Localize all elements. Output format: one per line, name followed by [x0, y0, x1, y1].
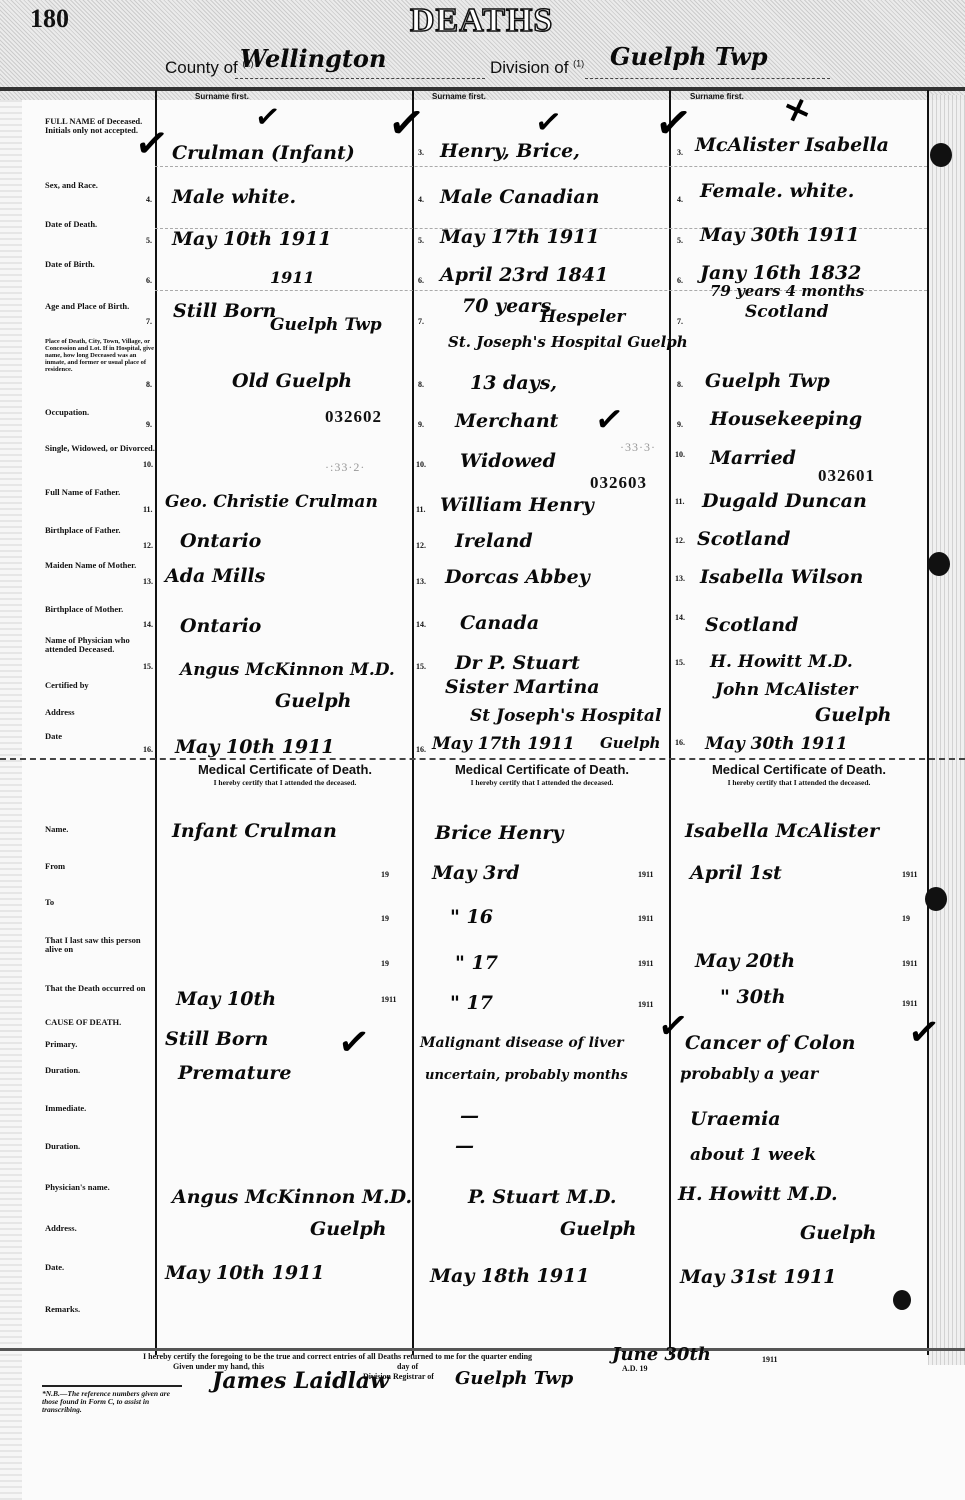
- footer-rule: [0, 1348, 965, 1351]
- mc-2-to: " 16: [450, 906, 493, 928]
- mc-1-from-year: 19: [381, 870, 389, 879]
- mc-label-primary: Primary.: [45, 1040, 155, 1049]
- mc-label-duration-2: Duration.: [45, 1142, 155, 1151]
- record-3-father-birthplace: Scotland: [697, 528, 790, 550]
- record-1-date: May 10th 1911: [175, 736, 335, 758]
- row-number: 12.: [416, 541, 426, 550]
- record-3-reg-number: 032601: [818, 466, 875, 486]
- checkmark-icon: ✓: [335, 1018, 373, 1067]
- mc-1-physician: Angus McKinnon M.D.: [172, 1186, 412, 1208]
- mc-2-name: Brice Henry: [435, 822, 563, 844]
- mc-2-immediate: —: [460, 1105, 479, 1127]
- mc-2-primary: Malignant disease of liver: [420, 1035, 624, 1051]
- record-2-stay-duration: 13 days,: [470, 372, 557, 394]
- record-1-date-of-death: May 10th 1911: [172, 228, 332, 250]
- mc-2-date: May 18th 1911: [430, 1265, 590, 1287]
- record-3-sex-race: Female. white.: [700, 180, 854, 202]
- footer-nb-note: *N.B.—The reference numbers given are th…: [42, 1385, 182, 1414]
- label-place-of-death: Place of Death, City, Town, Village, or …: [45, 338, 155, 373]
- mc-label-death-on: That the Death occurred on: [45, 984, 155, 993]
- mc-2-from-year: 1911: [638, 870, 654, 879]
- record-1-full-name: Crulman (Infant): [172, 142, 355, 164]
- section-divider: [0, 758, 965, 760]
- row-number: 8.: [418, 380, 424, 389]
- mc-2-to-year: 1911: [638, 914, 654, 923]
- record-2-father: William Henry: [440, 494, 594, 516]
- record-3-mother-birthplace: Scotland: [705, 614, 798, 636]
- label-address: Address: [45, 708, 155, 717]
- checkmark-icon: ✓: [532, 101, 564, 142]
- record-2-date-of-death: May 17th 1911: [440, 226, 600, 248]
- label-physician: Name of Physician who attended Deceased.: [45, 636, 155, 654]
- scan-noise-left: [0, 100, 22, 1500]
- label-sex-race: Sex, and Race.: [45, 181, 155, 190]
- label-mother-maiden: Maiden Name of Mother.: [45, 561, 155, 570]
- record-2-date-place: Guelph: [600, 734, 660, 752]
- record-2-place-of-birth: Hespeler: [540, 307, 625, 327]
- mc-2-address: Guelph: [560, 1218, 636, 1240]
- row-number: 15.: [143, 662, 153, 671]
- mc-1-death-on-year: 1911: [381, 995, 397, 1004]
- mc-1-primary: Still Born: [165, 1028, 268, 1050]
- checkmark-icon: ✓: [253, 98, 283, 136]
- checkmark-icon: ✓: [132, 118, 172, 169]
- label-certified-by: Certified by: [45, 681, 155, 690]
- mc-label-address: Address.: [45, 1224, 155, 1233]
- mc-2-immediate-duration: —: [455, 1135, 474, 1157]
- row-number: 11.: [675, 497, 685, 506]
- label-father-name: Full Name of Father.: [45, 488, 155, 497]
- mc-label-date: Date.: [45, 1263, 155, 1272]
- checkmark-icon: ✓: [652, 96, 696, 152]
- record-2-physician: Dr P. Stuart: [455, 652, 580, 674]
- record-3-date-of-birth: Jany 16th 1832: [700, 262, 861, 284]
- mc-2-death-on-year: 1911: [638, 1000, 654, 1009]
- row-number: 12.: [143, 541, 153, 550]
- row-number: 4.: [146, 195, 152, 204]
- footer-year-value: 1911: [762, 1355, 778, 1364]
- record-1-faint-stamp: ·:33·2·: [325, 460, 365, 475]
- division-value: Guelph Twp: [610, 42, 768, 71]
- division-underline: [585, 78, 830, 80]
- mc-3-from-year: 1911: [902, 870, 918, 879]
- page-number: 180: [30, 4, 69, 34]
- division-label: Division of (1): [490, 58, 584, 78]
- row-number: 6.: [418, 276, 424, 285]
- record-2-mother-maiden: Dorcas Abbey: [445, 566, 590, 588]
- record-3-marital: Married: [710, 447, 796, 469]
- record-2-reg-number: 032603: [590, 473, 647, 493]
- label-date-of-death: Date of Death.: [45, 220, 155, 229]
- record-2-occupation: Merchant: [455, 410, 558, 432]
- column-divider-4: [927, 90, 929, 1355]
- record-3-age: 79 years 4 months: [710, 282, 864, 300]
- row-number: 11.: [416, 505, 426, 514]
- mc-3-name: Isabella McAlister: [685, 820, 879, 842]
- record-1-father: Geo. Christie Crulman: [165, 492, 378, 512]
- record-2-certified-by: Sister Martina: [445, 676, 600, 698]
- record-1-reg-number: 032602: [325, 407, 382, 427]
- record-2-faint-stamp: ·33·3·: [620, 440, 656, 455]
- mc-label-remarks: Remarks.: [45, 1305, 155, 1314]
- county-underline: [235, 78, 485, 80]
- mc-3-immediate-duration: about 1 week: [690, 1145, 816, 1165]
- record-1-place-of-death: Old Guelph: [232, 370, 352, 392]
- record-2-date-of-birth: April 23rd 1841: [440, 264, 608, 286]
- row-number: 9.: [418, 420, 424, 429]
- footer-ad-label: A.D. 19: [622, 1364, 648, 1373]
- row-number: 9.: [146, 420, 152, 429]
- mc-3-primary: Cancer of Colon: [685, 1032, 856, 1054]
- record-3-mother-maiden: Isabella Wilson: [700, 566, 863, 588]
- row-number: 6.: [677, 276, 683, 285]
- mc-label-to: To: [45, 898, 155, 907]
- footer-quarter-value: June 30th: [612, 1344, 711, 1365]
- label-marital-status: Single, Widowed, or Divorced.: [45, 444, 155, 453]
- row-guide: [155, 166, 927, 168]
- record-3-occupation: Housekeeping: [710, 408, 862, 430]
- row-number: 16.: [675, 738, 685, 747]
- footer-registrar-place: Guelph Twp: [455, 1368, 573, 1389]
- mc-1-to-year: 19: [381, 914, 389, 923]
- record-2-date: May 17th 1911: [432, 734, 575, 754]
- column-divider-2: [412, 90, 414, 1355]
- footer-certify-text: I hereby certify the foregoing to be the…: [143, 1352, 532, 1361]
- punch-hole: [930, 143, 952, 167]
- mc-subtitle-2: I hereby certify that I attended the dec…: [413, 778, 671, 787]
- row-number: 6.: [146, 276, 152, 285]
- column-header-1: Surname first.: [195, 92, 249, 101]
- row-number: 13.: [675, 574, 685, 583]
- label-mother-birthplace: Birthplace of Mother.: [45, 605, 155, 614]
- label-age-place-birth: Age and Place of Birth.: [45, 302, 155, 311]
- row-number: 16.: [143, 745, 153, 754]
- mc-2-from: May 3rd: [432, 862, 520, 884]
- mc-label-last-seen: That I last saw this person alive on: [45, 936, 155, 954]
- record-2-address: St Joseph's Hospital: [470, 706, 661, 726]
- mc-3-address: Guelph: [800, 1222, 876, 1244]
- mc-2-primary-duration: uncertain, probably months: [425, 1068, 628, 1083]
- row-number: 14.: [416, 620, 426, 629]
- row-number: 14.: [675, 613, 685, 622]
- mc-title-1: Medical Certificate of Death.: [156, 762, 414, 777]
- header-rule: [0, 87, 965, 91]
- checkmark-icon: ✓: [385, 96, 429, 152]
- record-3-date-of-death: May 30th 1911: [700, 224, 860, 246]
- row-number: 12.: [675, 536, 685, 545]
- row-number: 7.: [418, 317, 424, 326]
- mc-3-to-year: 19: [902, 914, 910, 923]
- row-number: 16.: [416, 745, 426, 754]
- row-number: 9.: [677, 420, 683, 429]
- mc-2-last-seen: " 17: [455, 952, 498, 974]
- mc-3-last-seen: May 20th: [695, 950, 795, 972]
- record-2-marital: Widowed: [460, 450, 556, 472]
- column-divider-3: [669, 90, 671, 1355]
- mc-1-last-seen-year: 19: [381, 959, 389, 968]
- footer-day-of: day of: [397, 1362, 418, 1371]
- mc-label-cause: CAUSE OF DEATH.: [45, 1018, 155, 1027]
- mc-label-from: From: [45, 862, 155, 871]
- mc-3-from: April 1st: [690, 862, 782, 884]
- row-number: 15.: [675, 658, 685, 667]
- record-3-date: May 30th 1911: [705, 734, 848, 754]
- punch-hole: [893, 1290, 911, 1310]
- mc-label-physician: Physician's name.: [45, 1183, 155, 1192]
- record-1-physician: Angus McKinnon M.D.: [180, 660, 395, 680]
- mc-1-date: May 10th 1911: [165, 1262, 325, 1284]
- row-number: 4.: [677, 195, 683, 204]
- label-father-birthplace: Birthplace of Father.: [45, 526, 155, 535]
- mc-1-death-on: May 10th: [176, 988, 276, 1010]
- mc-3-date: May 31st 1911: [680, 1266, 836, 1288]
- row-number: 10.: [675, 450, 685, 459]
- row-number: 13.: [143, 577, 153, 586]
- row-number: 7.: [677, 317, 683, 326]
- row-number: 10.: [416, 460, 426, 469]
- record-1-father-birthplace: Ontario: [180, 530, 261, 552]
- scan-noise-right: [928, 95, 965, 1365]
- record-1-mother-birthplace: Ontario: [180, 615, 261, 637]
- label-occupation: Occupation.: [45, 408, 155, 417]
- checkmark-icon: ✓: [905, 1008, 943, 1057]
- mc-1-primary-duration: Premature: [178, 1062, 292, 1084]
- punch-hole: [928, 552, 950, 576]
- row-number: 8.: [146, 380, 152, 389]
- row-number: 5.: [677, 236, 683, 245]
- row-number: 13.: [416, 577, 426, 586]
- mc-3-last-seen-year: 1911: [902, 959, 918, 968]
- record-2-age: 70 years: [462, 295, 551, 317]
- record-1-place-of-birth: Guelph Twp: [270, 315, 382, 335]
- row-number: 5.: [146, 236, 152, 245]
- record-1-age: Still Born: [173, 300, 276, 322]
- row-number: 7.: [146, 317, 152, 326]
- mc-1-name: Infant Crulman: [172, 820, 337, 842]
- mc-label-name: Name.: [45, 825, 155, 834]
- column-header-2: Surname first.: [432, 92, 486, 101]
- row-number: 4.: [418, 195, 424, 204]
- column-divider-1: [155, 90, 157, 1355]
- mc-3-death-on: " 30th: [720, 986, 786, 1008]
- record-3-certified-by: John McAlister: [715, 680, 858, 700]
- mc-1-address: Guelph: [310, 1218, 386, 1240]
- row-number: 15.: [416, 662, 426, 671]
- record-3-address: Guelph: [815, 704, 891, 726]
- record-3-place-of-birth: Scotland: [745, 302, 829, 322]
- row-number: 14.: [143, 620, 153, 629]
- record-2-place-of-death: St. Joseph's Hospital Guelph: [448, 333, 688, 351]
- record-2-sex-race: Male Canadian: [440, 186, 599, 208]
- label-date: Date: [45, 732, 155, 741]
- record-1-sex-race: Male white.: [172, 186, 296, 208]
- record-2-mother-birthplace: Canada: [460, 612, 539, 634]
- row-number: 5.: [418, 236, 424, 245]
- mc-title-2: Medical Certificate of Death.: [413, 762, 671, 777]
- record-3-place-of-death: Guelph Twp: [705, 370, 830, 392]
- mc-3-death-on-year: 1911: [902, 999, 918, 1008]
- mc-label-immediate: Immediate.: [45, 1104, 155, 1113]
- mc-label-duration-1: Duration.: [45, 1066, 155, 1075]
- label-date-of-birth: Date of Birth.: [45, 260, 155, 269]
- mc-subtitle-1: I hereby certify that I attended the dec…: [156, 778, 414, 787]
- mc-title-3: Medical Certificate of Death.: [670, 762, 928, 777]
- mc-subtitle-3: I hereby certify that I attended the dec…: [670, 778, 928, 787]
- mc-3-physician: H. Howitt M.D.: [678, 1183, 838, 1205]
- record-1-mother-maiden: Ada Mills: [165, 565, 265, 587]
- column-header-3: Surname first.: [690, 92, 744, 101]
- row-number: 8.: [677, 380, 683, 389]
- mc-2-death-on: " 17: [450, 992, 493, 1014]
- record-1-date-of-birth: 1911: [270, 268, 315, 287]
- row-number: 10.: [143, 460, 153, 469]
- record-3-father: Dugald Duncan: [702, 490, 867, 512]
- mc-2-physician: P. Stuart M.D.: [468, 1186, 616, 1208]
- record-1-address: Guelph: [275, 690, 351, 712]
- row-number: 11.: [143, 505, 153, 514]
- record-2-full-name: Henry, Brice,: [440, 140, 580, 162]
- record-2-father-birthplace: Ireland: [455, 530, 533, 552]
- page-title: DEATHS: [410, 2, 553, 40]
- record-3-physician: H. Howitt M.D.: [710, 652, 853, 672]
- checkmark-icon: ✓: [592, 398, 626, 442]
- mc-2-last-seen-year: 1911: [638, 959, 654, 968]
- registrar-signature: James Laidlaw: [212, 1368, 389, 1394]
- record-3-full-name: McAlister Isabella: [695, 134, 889, 156]
- mc-3-immediate: Uraemia: [690, 1108, 781, 1130]
- county-value: Wellington: [240, 44, 386, 73]
- mc-3-primary-duration: probably a year: [680, 1064, 818, 1083]
- punch-hole: [925, 887, 947, 911]
